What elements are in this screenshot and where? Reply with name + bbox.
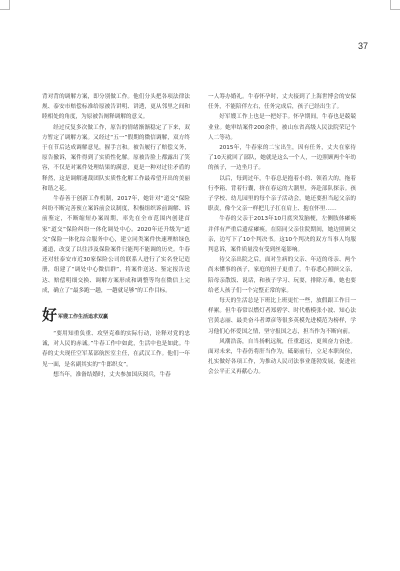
paragraph: 经过反复多次做工作，原告的情绪渐渐稳定了下来，双方暂定了调解方案。又经过“五一”…	[42, 123, 190, 194]
paragraph: 风潮浩荡，自当扬帆远航，任重道远，更须奋力奋进。面对未来，牛春仍将肝当作为，砥砺…	[208, 337, 356, 378]
heading-subtitle: 军嫂工作生活追求双赢	[58, 312, 108, 322]
heading-big-char: 好	[42, 308, 57, 323]
paragraph: 一人筹办婚礼。牛春怀孕时，丈夫接到了上海世博会的安保任务，不能陪伴左右，任务完成…	[208, 92, 356, 112]
paragraph: 牛春的父亲于2013年10月底突发脑梗，左侧肢体瘫痪并伴有严重后遗症瘫痪。在陪同…	[208, 214, 356, 255]
paragraph: 待父亲出院之后，面对生病的父亲、年迈的母亲、两个尚未懂事的孩子，家庭的担子更重了…	[208, 255, 356, 296]
paragraph: 好军嫂工作上也是一把好手。怀孕期间，牛春也是兢兢业业。她审结案件200余件，被山…	[208, 112, 356, 143]
section-heading: 好 军嫂工作生活追求双赢	[42, 308, 190, 323]
crop-mark-top-right	[390, 0, 400, 10]
paragraph: 背对背的调解方案，即分别做工作。他们分头把各项法律法规、泰安市赔偿标准给原被告讲…	[42, 92, 190, 123]
paragraph: 2015年，牛春家的二宝出生，因有任务，丈夫在家待了10天就回了部队，她就是这么…	[208, 143, 356, 174]
paragraph: 牛春善于创新工作机制，2017年，她针对“道交”保险纠纷不断完善预立案诉前会议制…	[42, 194, 190, 296]
page-header: 37	[352, 41, 368, 51]
paragraph: 每天的生活总是下班比上班更忙一些，放假跟工作日一样累。但牛春常以燃灯者郑碧学、时…	[208, 296, 356, 337]
paragraph: 想当年，准备结婚时，丈夫参加国庆阅兵，牛春	[42, 370, 190, 380]
paragraph: 以后，每到过年，牛春总是抱着小的、领着大的，拖着行李箱、背着行囊，挤在春运的大潮…	[208, 174, 356, 215]
paragraph: “要用知重负重、攻坚克难的实际行动，诠释对党的忠诚，对人民的赤诚。”牛春工作中如…	[42, 329, 190, 370]
page-number: 37	[358, 41, 368, 51]
left-column: 背对背的调解方案，即分别做工作。他们分头把各项法律法规、泰安市赔偿标准给原被告讲…	[42, 92, 190, 380]
crop-mark-top-left	[0, 0, 10, 10]
right-column: 一人筹办婚礼。牛春怀孕时，丈夫接到了上海世博会的安保任务，不能陪伴左右，任务完成…	[208, 92, 356, 378]
